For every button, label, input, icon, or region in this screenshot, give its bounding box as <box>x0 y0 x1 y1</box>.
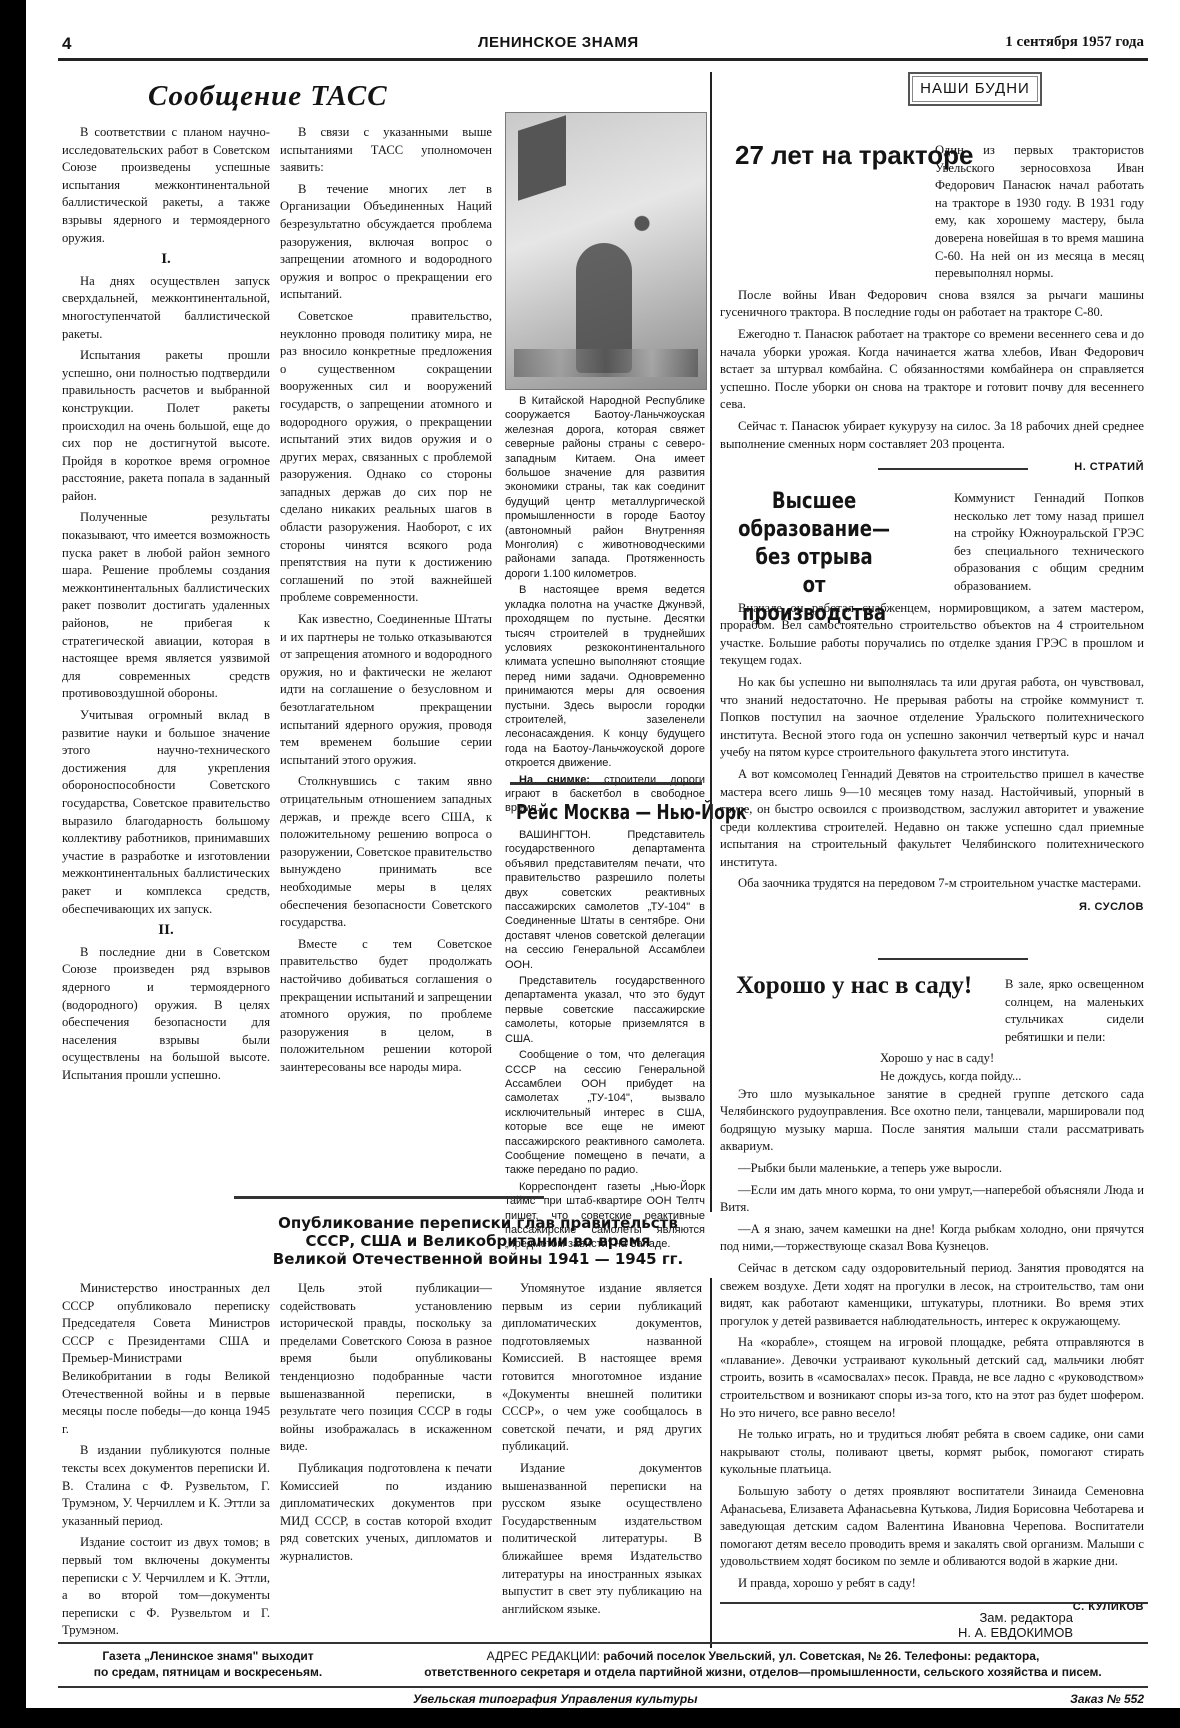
divider <box>878 958 1028 960</box>
scan-border-left <box>0 0 26 1728</box>
headline-line: Опубликование переписки глав правительст… <box>198 1214 758 1232</box>
flight-article: ВАШИНГТОН. Представитель государственног… <box>505 828 705 1254</box>
article-paragraph: Сейчас т. Панасюк убирает кукурузу на си… <box>720 418 1144 453</box>
garden-article: В зале, ярко освещенном солнцем, на мале… <box>720 976 1144 1620</box>
issue-date: 1 сентября 1957 года <box>1005 34 1144 51</box>
editor-role: Зам. редактора <box>958 1610 1073 1625</box>
article-paragraph: Столкнувшись с таким явно отрицательным … <box>280 773 492 931</box>
address-label: АДРЕС РЕДАКЦИИ: <box>487 1649 600 1663</box>
editor-name: Н. А. ЕВДОКИМОВ <box>958 1625 1073 1640</box>
tass-column-1: В соответствии с планом научно-исследова… <box>62 124 270 1088</box>
article-paragraph: Публикация подготовлена к печати Комисси… <box>280 1460 492 1566</box>
section-numeral: II. <box>62 922 270 940</box>
page-number: 4 <box>62 34 71 54</box>
publication-schedule: Газета „Ленинское знамя" выходит по сред… <box>78 1648 338 1680</box>
divider <box>234 1196 544 1199</box>
article-paragraph: Оба заочника трудятся на передовом 7-м с… <box>720 875 1144 893</box>
tractor-article: Один из первых трактористов Увельского з… <box>720 142 1144 481</box>
footer-imprint: Газета „Ленинское знамя" выходит по сред… <box>58 1642 1148 1688</box>
article-paragraph: В соответствии с планом научно-исследова… <box>62 124 270 247</box>
divider <box>720 1602 1148 1604</box>
article-paragraph: Не только играть, но и трудиться любят р… <box>720 1426 1144 1479</box>
poem-line: Хорошо у нас в саду! <box>720 1050 1144 1068</box>
publication-column-3: Упомянутое издание является первым из се… <box>502 1280 702 1622</box>
article-paragraph: В издании публикуются полные тексты всех… <box>62 1442 270 1530</box>
byline: Я. СУСЛОВ <box>720 899 1144 917</box>
article-paragraph: Министерство иностранных дел СССР опубли… <box>62 1280 270 1438</box>
article-paragraph: Издание документов вышеназванной перепис… <box>502 1460 702 1618</box>
article-paragraph: Но как бы успешно ни выполнялась та или … <box>720 674 1144 762</box>
article-paragraph: Вначале он работал снабженцем, нормировщ… <box>720 600 1144 670</box>
column-rule <box>710 72 712 1212</box>
article-paragraph: Цель этой публикации—содействовать устан… <box>280 1280 492 1456</box>
article-paragraph: В связи с указанными выше испытаниями ТА… <box>280 124 492 177</box>
article-paragraph: Упомянутое издание является первым из се… <box>502 1280 702 1456</box>
spectators-graphic <box>514 349 698 377</box>
tass-headline: Сообщение ТАСС <box>148 80 388 113</box>
article-paragraph: И правда, хорошо у ребят в саду! <box>720 1575 1144 1593</box>
article-paragraph: Коммунист Геннадий Попков несколько лет … <box>720 490 1144 596</box>
newspaper-page: 4 ЛЕНИНСКОЕ ЗНАМЯ 1 сентября 1957 года С… <box>58 28 1148 1708</box>
article-paragraph: Советское правительство, неуклонно прово… <box>280 308 492 607</box>
article-paragraph: Представитель государственного департаме… <box>505 974 705 1046</box>
caption-paragraph: В настоящее время ведется укладка полотн… <box>505 583 705 770</box>
headline-line: Великой Отечественной войны 1941 — 1945 … <box>198 1250 758 1268</box>
article-paragraph: Большую заботу о детях проявляют воспита… <box>720 1483 1144 1571</box>
basketball-backboard-graphic <box>518 115 566 201</box>
article-paragraph: ВАШИНГТОН. Представитель государственног… <box>505 828 705 972</box>
schedule-line: Газета „Ленинское знамя" выходит <box>78 1648 338 1664</box>
article-paragraph: На днях осуществлен запуск сверхдальней,… <box>62 273 270 343</box>
section-numeral: I. <box>62 251 270 269</box>
article-paragraph: —Рыбки были маленькие, а теперь уже выро… <box>720 1160 1144 1178</box>
divider <box>878 468 1028 470</box>
tass-column-2: В связи с указанными выше испытаниями ТА… <box>280 124 492 1080</box>
article-paragraph: —А я знаю, зачем камешки на дне! Когда р… <box>720 1221 1144 1256</box>
education-article: Коммунист Геннадий Попков несколько лет … <box>720 490 1144 921</box>
article-paragraph: Один из первых трактористов Увельского з… <box>720 142 1144 283</box>
poem-line: Не дождусь, когда пойду... <box>720 1068 1144 1086</box>
publication-column-1: Министерство иностранных дел СССР опубли… <box>62 1280 270 1644</box>
address-text: рабочий поселок Увельский, ул. Советская… <box>603 1649 1039 1663</box>
editorial-address: АДРЕС РЕДАКЦИИ: рабочий поселок Увельски… <box>378 1648 1148 1680</box>
flight-headline: Рейс Москва — Нью-Йорк <box>516 800 747 824</box>
article-paragraph: На «корабле», стоящем на игровой площадк… <box>720 1334 1144 1422</box>
order-number: Заказ № 552 <box>1070 1692 1144 1706</box>
printer-name: Увельская типография Управления культуры <box>413 1692 697 1706</box>
article-paragraph: В последние дни в Советском Союзе произв… <box>62 944 270 1085</box>
article-paragraph: Полученные результаты показывают, что им… <box>62 509 270 703</box>
publication-column-2: Цель этой публикации—содействовать устан… <box>280 1280 492 1570</box>
article-paragraph: В течение многих лет в Организации Объед… <box>280 181 492 304</box>
basketball-photo <box>505 112 707 390</box>
article-paragraph: А вот комсомолец Геннадий Девятов на стр… <box>720 766 1144 872</box>
schedule-line: по средам, пятницам и воскресеньям. <box>78 1664 338 1680</box>
article-paragraph: Сейчас в детском саду оздоровительный пе… <box>720 1260 1144 1330</box>
scan-border-bottom <box>0 1708 1180 1728</box>
rubric-badge: НАШИ БУДНИ <box>908 72 1042 106</box>
publication-headline: Опубликование переписки глав правительст… <box>198 1214 758 1268</box>
masthead: 4 ЛЕНИНСКОЕ ЗНАМЯ 1 сентября 1957 года <box>58 28 1148 61</box>
headline-line: СССР, США и Великобритании во время <box>198 1232 758 1250</box>
address-line: ответственного секретаря и отдела партий… <box>378 1664 1148 1680</box>
divider <box>510 782 702 785</box>
article-paragraph: Учитывая огромный вклад в развитие науки… <box>62 707 270 918</box>
photo-caption: В Китайской Народной Республике сооружае… <box>505 394 705 818</box>
editor-credit: Зам. редактора Н. А. ЕВДОКИМОВ <box>958 1610 1073 1640</box>
article-paragraph: Как известно, Соединенные Штаты и их пар… <box>280 611 492 769</box>
article-paragraph: Испытания ракеты прошли успешно, они пол… <box>62 347 270 505</box>
article-paragraph: После войны Иван Федорович снова взялся … <box>720 287 1144 322</box>
article-paragraph: Вместе с тем Советское правительство буд… <box>280 936 492 1077</box>
article-paragraph: Ежегодно т. Панасюк работает на тракторе… <box>720 326 1144 414</box>
column-rule <box>710 1278 712 1648</box>
address-line: АДРЕС РЕДАКЦИИ: рабочий поселок Увельски… <box>378 1648 1148 1664</box>
caption-paragraph: В Китайской Народной Республике сооружае… <box>505 394 705 581</box>
article-paragraph: Издание состоит из двух томов; в первый … <box>62 1534 270 1640</box>
article-paragraph: Сообщение о том, что делегация СССР на с… <box>505 1048 705 1178</box>
newspaper-title: ЛЕНИНСКОЕ ЗНАМЯ <box>478 34 639 51</box>
article-paragraph: В зале, ярко освещенном солнцем, на мале… <box>720 976 1144 1046</box>
article-paragraph: Это шло музыкальное занятие в средней гр… <box>720 1086 1144 1156</box>
article-paragraph: —Если им дать много корма, то они умрут,… <box>720 1182 1144 1217</box>
